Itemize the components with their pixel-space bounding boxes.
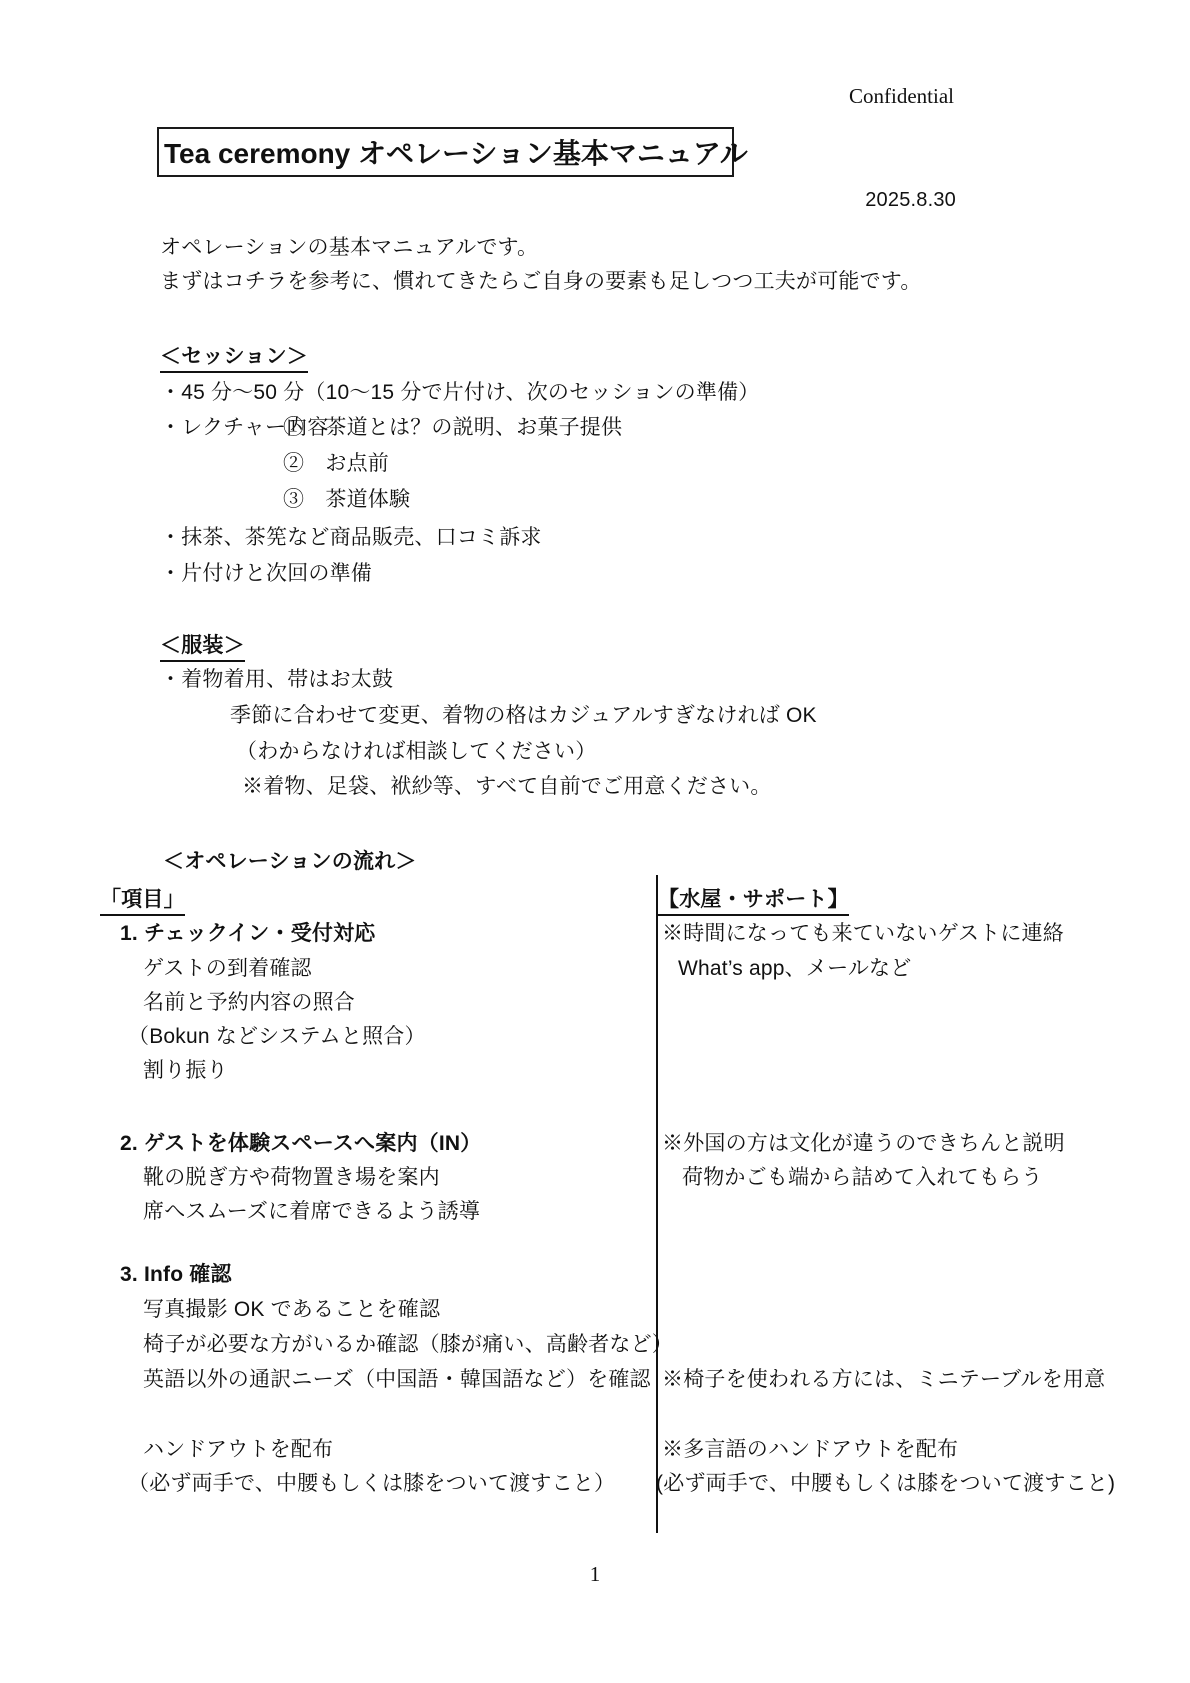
intro-line-1: オペレーションの基本マニュアルです。 <box>160 236 538 260</box>
step2-support-1: ※外国の方は文化が違うのできちんと説明 <box>662 1132 1065 1156</box>
step1-support-2: What’s app、メールなど <box>678 957 911 981</box>
session-lecture-item-2: ② お点前 <box>283 452 389 476</box>
attire-line-3: （わからなければ相談してください） <box>236 740 596 764</box>
document-date: 2025.8.30 <box>865 188 956 212</box>
support-column-header: 【水屋・サポート】 <box>658 888 849 916</box>
attire-heading: ＜服装＞ <box>160 634 245 662</box>
document-title: Tea ceremony オペレーション基本マニュアル <box>157 127 734 177</box>
step1-line-4: 割り振り <box>143 1059 228 1083</box>
document-page: Confidential Tea ceremony オペレーション基本マニュアル… <box>0 0 1190 1683</box>
step1-support-1: ※時間になっても来ていないゲストに連絡 <box>662 922 1064 946</box>
step2-title: 2. ゲストを体験スペースへ案内（IN） <box>120 1132 481 1156</box>
step3-line-3: 英語以外の通訳ニーズ（中国語・韓国語など）を確認 <box>143 1368 651 1392</box>
step3-line-4: ハンドアウトを配布 <box>143 1438 333 1462</box>
attire-line-2: 季節に合わせて変更、着物の格はカジュアルすぎなければ OK <box>230 704 817 728</box>
step2-support-2: 荷物かごも端から詰めて入れてもらう <box>682 1166 1042 1190</box>
session-lecture-item-3: ③ 茶道体験 <box>283 488 410 512</box>
step1-line-3: （Bokun などシステムと照合） <box>128 1025 426 1049</box>
step3-line-2: 椅子が必要な方がいるか確認（膝が痛い、高齢者など） <box>143 1333 673 1357</box>
step1-title: 1. チェックイン・受付対応 <box>120 922 375 946</box>
flow-heading: ＜オペレーションの流れ＞ <box>163 850 417 874</box>
intro-line-2: まずはコチラを参考に、慣れてきたらご自身の要素も足しつつ工夫が可能です。 <box>160 270 922 294</box>
step3-line-1: 写真撮影 OK であることを確認 <box>143 1298 440 1322</box>
attire-line-4: ※着物、足袋、袱紗等、すべて自前でご用意ください。 <box>242 775 772 799</box>
step3-title: 3. Info 確認 <box>120 1263 232 1287</box>
session-sales: ・抹茶、茶筅など商品販売、口コミ訴求 <box>160 526 542 550</box>
confidential-label: Confidential <box>849 84 954 109</box>
step3-support-3: (必ず両手で、中腰もしくは膝をついて渡すこと) <box>656 1472 1115 1496</box>
step3-support-1: ※椅子を使われる方には、ミニテーブルを用意 <box>662 1368 1105 1392</box>
page-number: 1 <box>0 1562 1190 1587</box>
column-divider <box>656 875 658 1533</box>
session-lecture-item-1: ① 茶道とは？の説明、お菓子提供 <box>283 416 622 440</box>
items-column-header: 「項目」 <box>100 888 185 916</box>
step3-support-2: ※多言語のハンドアウトを配布 <box>662 1438 958 1462</box>
step2-line-2: 席へスムーズに着席できるよう誘導 <box>143 1200 480 1224</box>
session-duration: ・45 分～50 分（10～15 分で片付け、次のセッションの準備） <box>160 381 759 405</box>
attire-line-1: ・着物着用、帯はお太鼓 <box>160 668 393 692</box>
session-cleanup: ・片付けと次回の準備 <box>160 562 372 586</box>
step2-line-1: 靴の脱ぎ方や荷物置き場を案内 <box>143 1166 440 1190</box>
step1-line-1: ゲストの到着確認 <box>143 957 312 981</box>
step3-line-5: （必ず両手で、中腰もしくは膝をついて渡すこと） <box>128 1472 615 1496</box>
step1-line-2: 名前と予約内容の照合 <box>143 991 355 1015</box>
session-heading: ＜セッション＞ <box>160 345 308 373</box>
